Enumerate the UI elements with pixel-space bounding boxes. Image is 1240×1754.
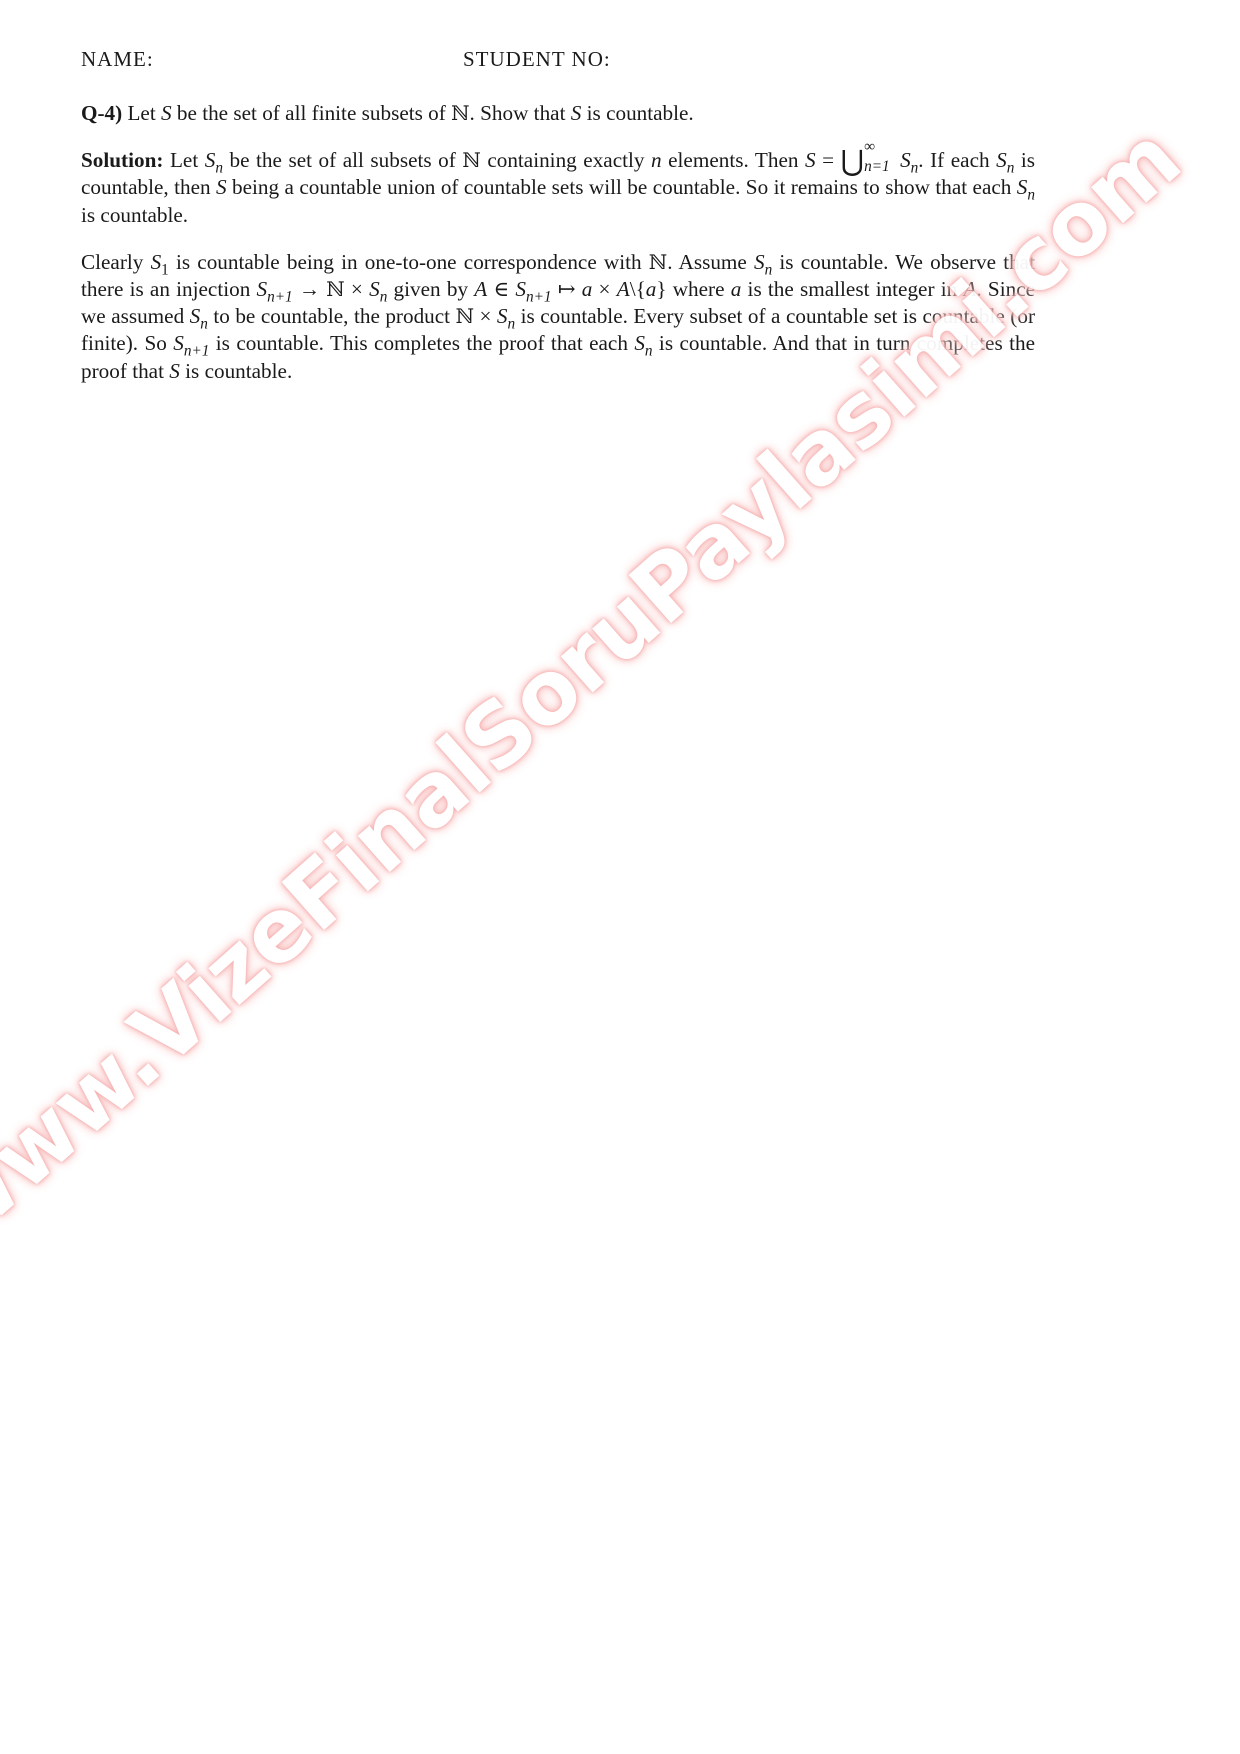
exam-page: NAME: STUDENT NO: Q-4) Let S be the set … [0, 0, 1240, 1754]
document-body: Q-4) Let S be the set of all finite subs… [81, 100, 1035, 385]
solution-paragraph-1: Solution: Let Sn be the set of all subse… [81, 147, 1035, 229]
exam-header: NAME: STUDENT NO: [81, 47, 1035, 73]
question-statement: Q-4) Let S be the set of all finite subs… [81, 100, 1035, 127]
student-no-label: STUDENT NO: [463, 47, 611, 72]
question-number: Q-4) [81, 101, 122, 125]
big-union-symbol: ⋃ [841, 146, 864, 178]
name-label: NAME: [81, 47, 154, 72]
solution-paragraph-2: Clearly S1 is countable being in one-to-… [81, 249, 1035, 385]
union-limits: ∞n=1 [864, 157, 900, 167]
solution-label: Solution: [81, 148, 163, 172]
